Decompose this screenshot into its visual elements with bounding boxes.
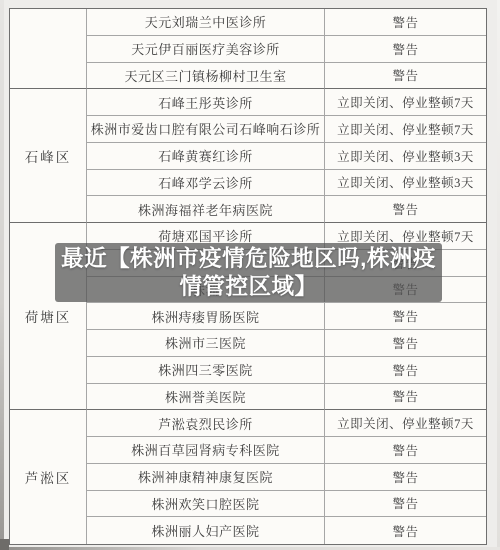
district-cell xyxy=(10,9,87,89)
status-cell: 立即关闭、停业整顿3天 xyxy=(325,143,486,170)
institution-cell: 株洲海福祥老年病医院 xyxy=(87,196,325,223)
status-cell: 警告 xyxy=(325,36,486,63)
institution-cell: 天元伊百丽医疗美容诊所 xyxy=(87,36,325,63)
page-left-edge xyxy=(0,0,4,550)
status-cell: 警告 xyxy=(325,196,486,223)
status-cell: 立即关闭、停业整顿7天 xyxy=(325,89,486,116)
status-cell: 警告 xyxy=(325,437,486,464)
status-cell: 警告 xyxy=(325,303,486,330)
scanned-document-page: 天元刘瑞兰中医诊所警告天元伊百丽医疗美容诊所警告天元区三门镇杨柳村卫生室警告石峰… xyxy=(0,0,500,550)
institution-cell: 株洲神康精神康复医院 xyxy=(87,464,325,491)
district-cell: 芦淞区 xyxy=(10,410,87,544)
institution-cell: 株洲欢笑口腔医院 xyxy=(87,491,325,518)
institution-cell: 株洲丽人妇产医院 xyxy=(87,517,325,544)
status-cell: 警告 xyxy=(325,357,486,384)
status-cell: 警告 xyxy=(325,330,486,357)
institution-cell: 天元区三门镇杨柳村卫生室 xyxy=(87,63,325,90)
status-cell: 警告 xyxy=(325,9,486,36)
institution-cell: 株洲誉美医院 xyxy=(87,384,325,411)
institution-cell: 石峰王彤英诊所 xyxy=(87,89,325,116)
caption-line-2: 情管控区域】 xyxy=(179,273,317,301)
institution-cell: 株洲市三医院 xyxy=(87,330,325,357)
status-cell: 立即关闭、停业整顿7天 xyxy=(325,410,486,437)
status-cell: 警告 xyxy=(325,464,486,491)
institution-cell: 芦淞袁烈民诊所 xyxy=(87,410,325,437)
status-cell: 警告 xyxy=(325,63,486,90)
institution-cell: 株洲百草园肾病专科医院 xyxy=(87,437,325,464)
institution-cell: 天元刘瑞兰中医诊所 xyxy=(87,9,325,36)
district-cell: 石峰区 xyxy=(10,89,87,223)
status-cell: 警告 xyxy=(325,517,486,544)
caption-line-1: 最近【株洲市疫情危险地区吗,株洲疫 xyxy=(61,245,436,273)
status-cell: 警告 xyxy=(325,491,486,518)
institution-cell: 株洲市爱齿口腔有限公司石峰响石诊所 xyxy=(87,116,325,143)
institution-cell: 石峰黄赛红诊所 xyxy=(87,143,325,170)
institution-cell: 石峰邓学云诊所 xyxy=(87,170,325,197)
status-cell: 立即关闭、停业整顿3天 xyxy=(325,170,486,197)
page-corner-shadow xyxy=(0,539,9,550)
institution-cell: 株洲痔瘘胃肠医院 xyxy=(87,303,325,330)
status-cell: 警告 xyxy=(325,384,486,411)
caption-overlay-banner: 最近【株洲市疫情危险地区吗,株洲疫 情管控区域】 xyxy=(55,243,442,302)
institution-cell: 株洲四三零医院 xyxy=(87,357,325,384)
status-cell: 立即关闭、停业整顿7天 xyxy=(325,116,486,143)
